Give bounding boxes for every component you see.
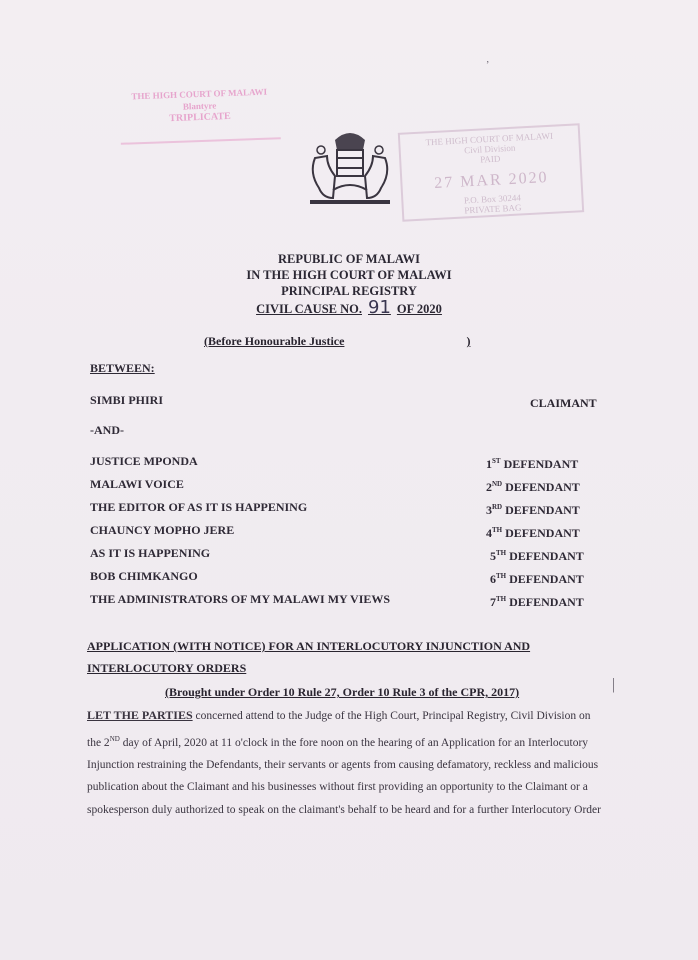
- ordinal-suffix: TH: [496, 572, 506, 580]
- paid-stamp: THE HIGH COURT OF MALAWI Civil Division …: [398, 123, 584, 221]
- application-body: LET THE PARTIES concerned attend to the …: [87, 704, 607, 821]
- ordinal-suffix: ST: [492, 457, 501, 465]
- scan-mark: |: [612, 676, 615, 694]
- defendant-role: 6TH DEFENDANT: [490, 572, 584, 587]
- defendant-role: 1ST DEFENDANT: [486, 457, 578, 472]
- cause-suffix: OF 2020: [397, 302, 442, 316]
- defendant-role: 2ND DEFENDANT: [486, 480, 580, 495]
- header-court: IN THE HIGH COURT OF MALAWI: [0, 268, 698, 283]
- registry-stamp: THE HIGH COURT OF MALAWI Blantyre TRIPLI…: [119, 85, 281, 151]
- cause-prefix: CIVIL CAUSE NO.: [256, 302, 362, 316]
- header-republic: REPUBLIC OF MALAWI: [0, 252, 698, 267]
- body-sup: ND: [110, 735, 120, 743]
- ordinal-suffix: RD: [492, 503, 502, 511]
- ordinal-suffix: TH: [496, 595, 506, 603]
- brought-under: (Brought under Order 10 Rule 27, Order 1…: [165, 685, 519, 700]
- defendant-name: THE EDITOR OF AS IT IS HAPPENING: [90, 500, 307, 515]
- claimant-name: SIMBI PHIRI: [90, 393, 163, 408]
- civil-cause-number: CIVIL CAUSE NO.91OF 2020: [0, 297, 698, 318]
- application-title-line2: INTERLOCUTORY ORDERS: [87, 661, 246, 676]
- coat-of-arms-icon: [305, 128, 395, 210]
- defendant-name: THE ADMINISTRATORS OF MY MALAWI MY VIEWS: [90, 592, 390, 607]
- before-justice: (Before Honourable Justice): [204, 334, 470, 349]
- before-close: ): [466, 334, 470, 348]
- handwritten-cause-number: 91: [368, 297, 391, 318]
- role-label: DEFENDANT: [509, 572, 584, 586]
- ordinal-suffix: TH: [492, 526, 502, 534]
- role-label: DEFENDANT: [505, 526, 580, 540]
- role-label: DEFENDANT: [505, 503, 580, 517]
- defendant-name: BOB CHIMKANGO: [90, 569, 198, 584]
- body-text-b: day of April, 2020 at 11 o'clock in the …: [87, 736, 601, 816]
- defendant-role: 7TH DEFENDANT: [490, 595, 584, 610]
- role-label: DEFENDANT: [505, 480, 580, 494]
- and-label: -AND-: [90, 423, 124, 438]
- lead-phrase: LET THE PARTIES: [87, 708, 193, 722]
- scan-mark: ʼ: [486, 60, 489, 71]
- defendant-name: JUSTICE MPONDA: [90, 454, 198, 469]
- defendant-role: 5TH DEFENDANT: [490, 549, 584, 564]
- role-label: DEFENDANT: [509, 549, 584, 563]
- ordinal-suffix: ND: [492, 480, 502, 488]
- ordinal-suffix: TH: [496, 549, 506, 557]
- role-label: DEFENDANT: [509, 595, 584, 609]
- defendant-role: 4TH DEFENDANT: [486, 526, 580, 541]
- application-title-line1: APPLICATION (WITH NOTICE) FOR AN INTERLO…: [87, 639, 530, 654]
- stamp-underline: [121, 137, 281, 145]
- court-document-page: THE HIGH COURT OF MALAWI Blantyre TRIPLI…: [0, 0, 698, 960]
- before-label: (Before Honourable Justice: [204, 334, 344, 348]
- defendant-role: 3RD DEFENDANT: [486, 503, 580, 518]
- role-label: DEFENDANT: [504, 457, 579, 471]
- claimant-role: CLAIMANT: [530, 396, 597, 411]
- defendant-name: MALAWI VOICE: [90, 477, 184, 492]
- defendant-name: CHAUNCY MOPHO JERE: [90, 523, 234, 538]
- between-label: BETWEEN:: [90, 361, 155, 376]
- defendant-name: AS IT IS HAPPENING: [90, 546, 210, 561]
